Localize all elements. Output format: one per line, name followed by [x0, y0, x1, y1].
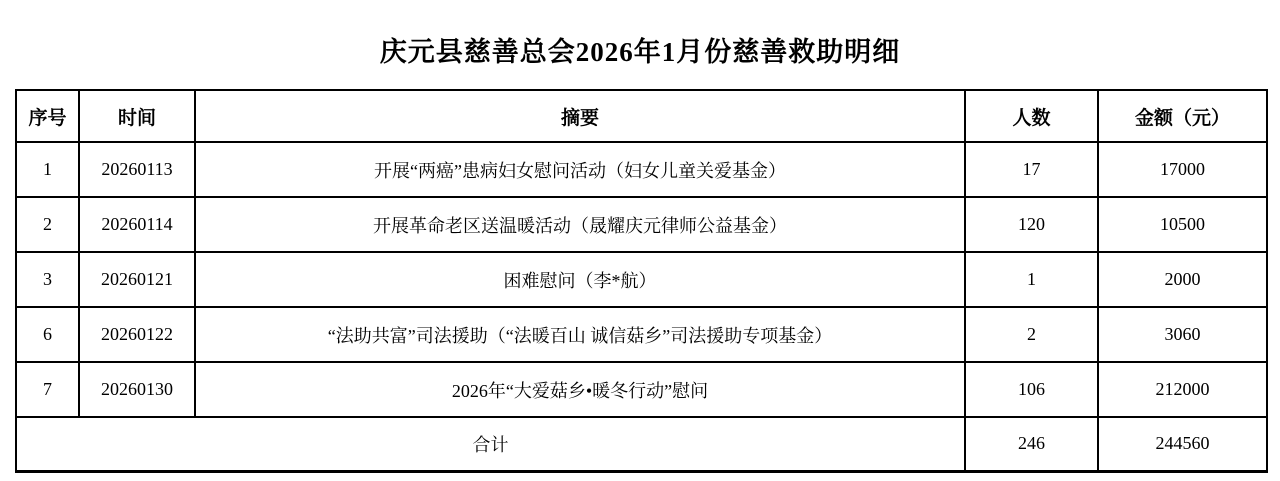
- cell-amount: 212000: [1098, 362, 1267, 417]
- column-header-seq: 序号: [16, 90, 79, 142]
- column-header-amount: 金额（元）: [1098, 90, 1267, 142]
- table-row: 3 20260121 困难慰问（李*航） 1 2000: [16, 252, 1267, 307]
- cell-seq: 3: [16, 252, 79, 307]
- cell-date: 20260130: [79, 362, 195, 417]
- cell-seq: 6: [16, 307, 79, 362]
- cell-date: 20260113: [79, 142, 195, 197]
- table-row: 6 20260122 “法助共富”司法援助（“法暖百山 诚信菇乡”司法援助专项基…: [16, 307, 1267, 362]
- cell-summary: “法助共富”司法援助（“法暖百山 诚信菇乡”司法援助专项基金）: [195, 307, 965, 362]
- cell-amount: 2000: [1098, 252, 1267, 307]
- cell-seq: 7: [16, 362, 79, 417]
- cell-date: 20260114: [79, 197, 195, 252]
- table-row: 1 20260113 开展“两癌”患病妇女慰问活动（妇女儿童关爱基金） 17 1…: [16, 142, 1267, 197]
- cell-amount: 17000: [1098, 142, 1267, 197]
- column-header-summary: 摘要: [195, 90, 965, 142]
- cell-summary: 开展革命老区送温暖活动（晟耀庆元律师公益基金）: [195, 197, 965, 252]
- charity-aid-table: 序号 时间 摘要 人数 金额（元） 1 20260113 开展“两癌”患病妇女慰…: [15, 89, 1268, 473]
- total-row: 合计 246 244560: [16, 417, 1267, 471]
- cell-amount: 3060: [1098, 307, 1267, 362]
- cell-date: 20260121: [79, 252, 195, 307]
- column-header-people: 人数: [965, 90, 1098, 142]
- cell-people: 1: [965, 252, 1098, 307]
- document-page: 庆元县慈善总会2026年1月份慈善救助明细 序号 时间 摘要 人数 金额（元） …: [0, 0, 1280, 481]
- cell-people: 106: [965, 362, 1098, 417]
- cell-people: 17: [965, 142, 1098, 197]
- table-row: 2 20260114 开展革命老区送温暖活动（晟耀庆元律师公益基金） 120 1…: [16, 197, 1267, 252]
- cell-date: 20260122: [79, 307, 195, 362]
- cell-seq: 1: [16, 142, 79, 197]
- page-title: 庆元县慈善总会2026年1月份慈善救助明细: [0, 30, 1280, 69]
- total-people: 246: [965, 417, 1098, 471]
- column-header-date: 时间: [79, 90, 195, 142]
- cell-summary: 2026年“大爱菇乡•暖冬行动”慰问: [195, 362, 965, 417]
- table-row: 7 20260130 2026年“大爱菇乡•暖冬行动”慰问 106 212000: [16, 362, 1267, 417]
- total-amount: 244560: [1098, 417, 1267, 471]
- cell-summary: 困难慰问（李*航）: [195, 252, 965, 307]
- total-label: 合计: [16, 417, 965, 471]
- cell-people: 2: [965, 307, 1098, 362]
- cell-seq: 2: [16, 197, 79, 252]
- header-row: 序号 时间 摘要 人数 金额（元）: [16, 90, 1267, 142]
- cell-amount: 10500: [1098, 197, 1267, 252]
- cell-summary: 开展“两癌”患病妇女慰问活动（妇女儿童关爱基金）: [195, 142, 965, 197]
- cell-people: 120: [965, 197, 1098, 252]
